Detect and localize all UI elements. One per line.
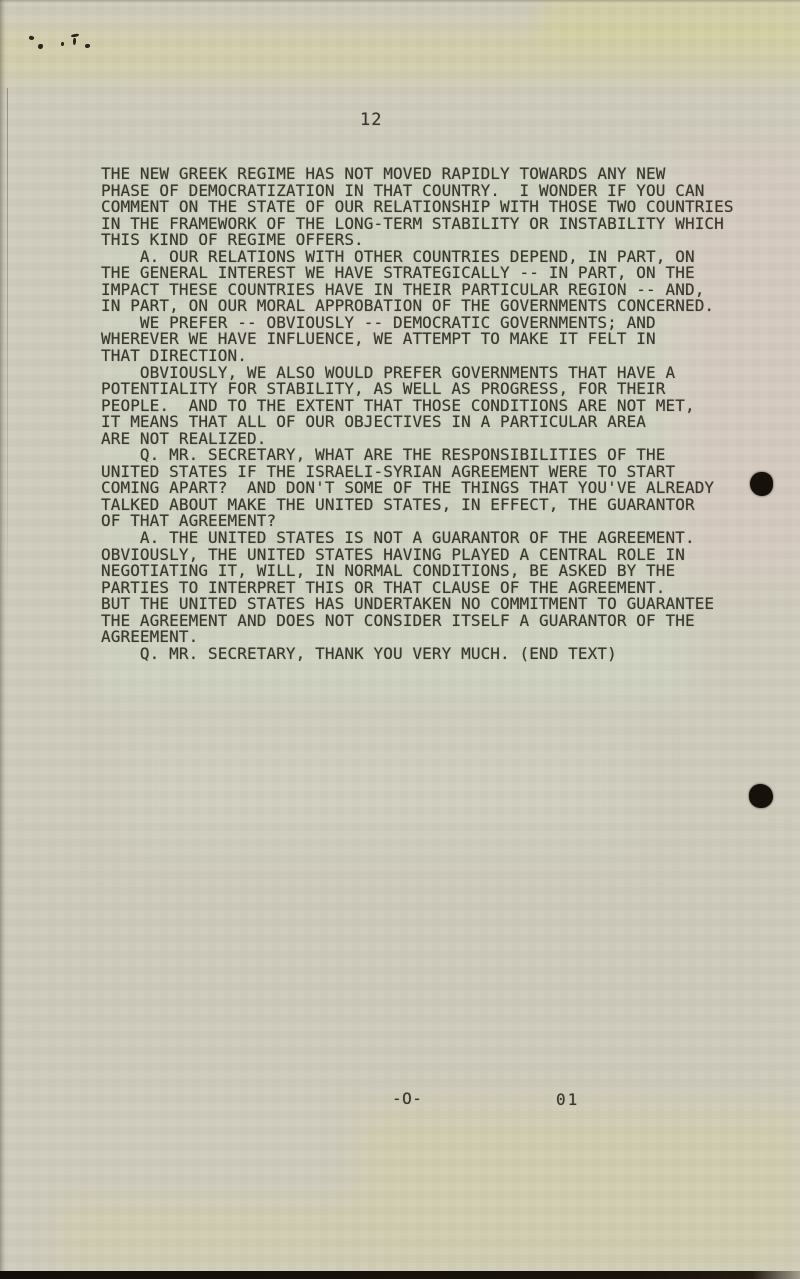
paper-stain (540, 0, 800, 46)
ink-speck (71, 33, 79, 37)
ink-speck (28, 35, 34, 40)
page-left-edge-shadow (0, 0, 6, 1279)
scanned-document-page: 12 THE NEW GREEK REGIME HAS NOT MOVED RA… (0, 0, 800, 1279)
footer-page-code: 01 (556, 1090, 579, 1109)
page-top-edge-shadow (0, 0, 800, 3)
ink-speck (85, 44, 90, 48)
footer-end-separator: -O- (392, 1089, 422, 1108)
paper-stain (360, 1110, 800, 1270)
ink-speck (61, 42, 64, 46)
transcript-body-text: THE NEW GREEK REGIME HAS NOT MOVED RAPID… (101, 166, 761, 662)
scan-edge-bar (0, 1271, 800, 1279)
fold-crease-line (7, 88, 8, 613)
ink-speck (73, 38, 76, 45)
paper-stain (60, 1200, 360, 1270)
paper-stain (0, 860, 800, 1060)
hole-punch-dot (749, 784, 773, 808)
ink-speck (38, 44, 43, 49)
paper-stain (0, 26, 800, 78)
paper-stain (120, 720, 640, 860)
hole-punch-dot (750, 472, 773, 496)
page-number: 12 (360, 110, 382, 130)
ink-marks (25, 32, 115, 54)
